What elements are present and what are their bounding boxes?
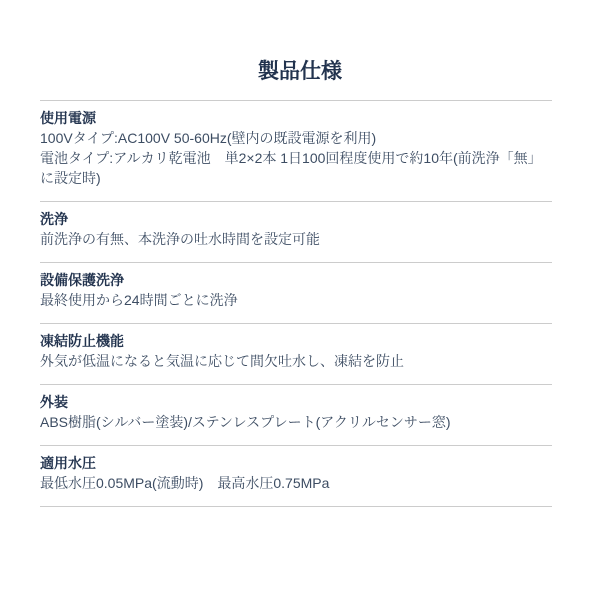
section-heading: 設備保護洗浄	[40, 270, 552, 290]
section-text: ABS樹脂(シルバー塗装)/ステンレスプレート(アクリルセンサー窓)	[40, 412, 552, 432]
section-heading: 凍結防止機能	[40, 331, 552, 351]
section-heading: 外装	[40, 392, 552, 412]
section-text: 最終使用から24時間ごとに洗浄	[40, 290, 552, 310]
section-heading: 適用水圧	[40, 453, 552, 473]
section-text: 最低水圧0.05MPa(流動時) 最高水圧0.75MPa	[40, 473, 552, 493]
section-heading: 洗浄	[40, 209, 552, 229]
section-text: 外気が低温になると気温に応じて間欠吐水し、凍結を防止	[40, 351, 552, 371]
section-text: 前洗浄の有無、本洗浄の吐水時間を設定可能	[40, 229, 552, 249]
section-text: 電池タイプ:アルカリ乾電池 単2×2本 1日100回程度使用で約10年(前洗浄「…	[40, 148, 552, 188]
page-background: { "page": { "title": "製品仕様", "colors": {…	[0, 0, 600, 600]
spec-section: 外装ABS樹脂(シルバー塗装)/ステンレスプレート(アクリルセンサー窓)	[40, 385, 552, 446]
spec-section: 使用電源100Vタイプ:AC100V 50-60Hz(壁内の既設電源を利用)電池…	[40, 101, 552, 202]
spec-section-list: 使用電源100Vタイプ:AC100V 50-60Hz(壁内の既設電源を利用)電池…	[40, 100, 552, 507]
spec-section: 適用水圧最低水圧0.05MPa(流動時) 最高水圧0.75MPa	[40, 446, 552, 507]
spec-section: 凍結防止機能外気が低温になると気温に応じて間欠吐水し、凍結を防止	[40, 324, 552, 385]
section-heading: 使用電源	[40, 108, 552, 128]
spec-section: 設備保護洗浄最終使用から24時間ごとに洗浄	[40, 263, 552, 324]
spec-section: 洗浄前洗浄の有無、本洗浄の吐水時間を設定可能	[40, 202, 552, 263]
page-title: 製品仕様	[0, 60, 600, 84]
section-text: 100Vタイプ:AC100V 50-60Hz(壁内の既設電源を利用)	[40, 128, 552, 148]
product-spec-page: 製品仕様 使用電源100Vタイプ:AC100V 50-60Hz(壁内の既設電源を…	[0, 60, 600, 507]
